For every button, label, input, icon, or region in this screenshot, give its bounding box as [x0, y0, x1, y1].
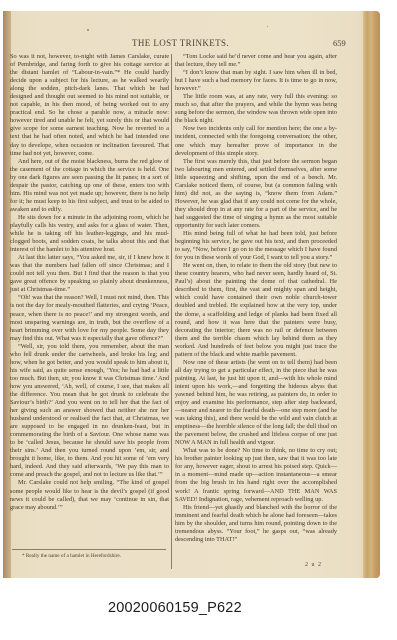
footnote-rule	[12, 549, 166, 550]
footnote: * Really the name of a hamlet in Herefor…	[22, 553, 121, 559]
paragraph: He went on, then, to relate to them the …	[175, 262, 337, 359]
paragraph: And here, out of the moist blackness, bu…	[10, 158, 169, 214]
page-number: 659	[333, 38, 346, 48]
paragraph: At last this latter says, “You asked me,…	[10, 254, 169, 294]
paragraph: Mr. Carslake could not help smiling. “Th…	[10, 479, 169, 511]
paragraph: The little room was, at any rate, very f…	[175, 93, 337, 125]
running-head: THE LOST TRINKETS. 659	[0, 38, 397, 52]
right-column: “Tom Locke said he’d never come and hear…	[175, 53, 337, 544]
paragraph: He sits down for a minute in the adjoini…	[10, 214, 169, 254]
paragraph: “Oh! was that the reason? Well, I must n…	[10, 294, 169, 342]
printer-signature: 2 u 2	[305, 562, 322, 568]
paragraph: “Tom Locke said he’d never come and hear…	[175, 53, 337, 69]
paragraph: “I don’t know that man by sight. I saw h…	[175, 69, 337, 93]
column-divider	[171, 54, 172, 569]
image-caption: 20020060159_P622	[108, 600, 242, 616]
paragraph: Now two incidents only call for mention …	[175, 125, 337, 157]
running-title: THE LOST TRINKETS.	[132, 38, 229, 48]
paper-speck	[267, 26, 268, 27]
paragraph: “Well, sir, you told them, you remember,…	[10, 343, 169, 480]
page-fore-edge	[363, 11, 380, 578]
paragraph: Now one of these artists (he went on to …	[175, 359, 337, 448]
paragraph: His friend—yet ghastly and blanched with…	[175, 504, 337, 544]
paragraph: His mind being full of what he had been …	[175, 230, 337, 262]
paragraph: What was to be done? No time to think, n…	[175, 447, 337, 503]
paper-speck	[87, 29, 89, 31]
paragraph: So was it not, however, to-night with Ja…	[10, 53, 169, 158]
left-column: So was it not, however, to-night with Ja…	[10, 53, 169, 512]
paragraph: The first was merely this, that just bef…	[175, 158, 337, 230]
